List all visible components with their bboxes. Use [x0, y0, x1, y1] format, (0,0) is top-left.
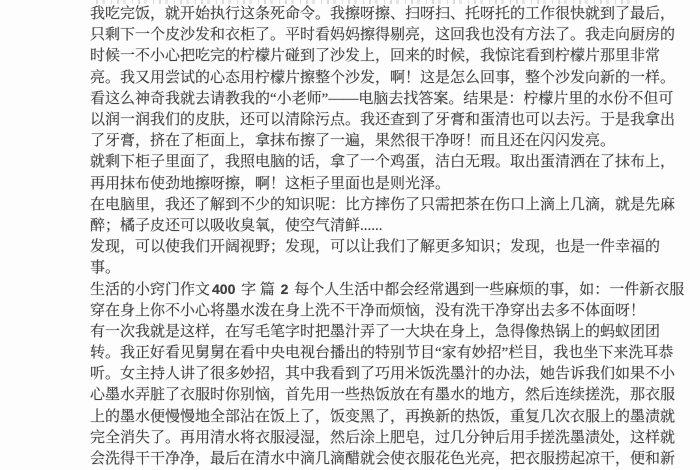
text-line: 事。: [90, 258, 655, 279]
text-line: 了牙膏，挤在了柜面上，拿抹布擦了一遍，果然很干净呀！而且还在闪闪发亮。: [90, 131, 655, 152]
text-line: 转。我正好看见舅舅在看中央电视台播出的特别节目“家有妙招”栏目，我也坐下来洗耳恭: [90, 343, 655, 364]
text-line: 心墨水弄脏了衣服时你别恼，首先用一些热饭放在有墨水的地方，然后连续搓洗，那衣服: [90, 385, 655, 406]
text-segment: 字 篇: [237, 282, 278, 298]
text-line: 发现，可以使我们开阔视野；发现，可以让我们了解更多知识；发现，也是一件幸福的: [90, 237, 655, 258]
text-line: 就剩下柜子里面了，我照电脑的话，拿了一个鸡蛋，洁白无瑕。取出蛋清洒在了抹布上，: [90, 152, 655, 173]
text-line: 上的墨水便慢慢地全部沾在饭上了，饭变黑了，再换新的热饭，重复几次衣服上的墨渍就: [90, 407, 655, 428]
text-line: 生活的小窍门作文400 字 篇 2 每个人生活中都会经常遇到一些麻烦的事，如：一…: [90, 279, 655, 300]
text-line: 听。女主持人讲了很多妙招，其中我看到了巧用米饭洗墨汁的办法，她告诉我们如果不小: [90, 364, 655, 385]
scanned-page: 我吃完饭，就开始执行这条死命令。我擦呀擦、扫呀扫、托呀托的工作很快就到了最后，只…: [0, 0, 700, 470]
text-line: 在电脑里，我还了解到不少的知识呢：比方摔伤了只需把茶在伤口上滴上几滴，就是先麻: [90, 195, 655, 216]
text-line: 完全消失了。再用清水将衣服浸湿，然后涂上肥皂，过几分钟后用手搓洗墨渍处，这样就: [90, 428, 655, 449]
text-line: 以润一润我们的皮肤，还可以清除污点。我还查到了牙膏和蛋清也可以去污。于是我拿出: [90, 110, 655, 131]
text-line: 只剩下一个皮沙发和衣柜了。平时看妈妈擦得剔亮，这回我也没有方法了。我走向厨房的: [90, 25, 655, 46]
text-line: 醉；橘子皮还可以吸收臭氧，使空气清鲜......: [90, 216, 655, 237]
text-line: 有一次我就是这样，在写毛笔字时把墨汁弄了一大块在身上，急得像热锅上的蚂蚁团团: [90, 322, 655, 343]
text-line: 时候一不小心把吃完的柠檬片碰到了沙发上，回来的时候，我惊诧看到柠檬片那里非常: [90, 46, 655, 67]
bold-number: 2: [279, 281, 291, 297]
text-segment: 生活的小窍门作文: [90, 282, 210, 298]
text-line: 亮。我又用尝试的心态用柠檬片擦整个沙发，啊！这是怎么回事，整个沙发向新的一样。: [90, 68, 655, 89]
text-line: 再用抹布使劲地擦呀擦，啊！这柜子里面也是则光泽。: [90, 174, 655, 195]
text-line: 穿在身上你不小心将墨水泼在身上洗不干净而烦恼，没有洗干净穿出去多不体面呀！: [90, 301, 655, 322]
bold-number: 400: [210, 281, 237, 297]
text-line: 我吃完饭，就开始执行这条死命令。我擦呀擦、扫呀扫、托呀托的工作很快就到了最后，: [90, 4, 655, 25]
text-segment: 每个人生活中都会经常遇到一些麻烦的事，如：一件新衣服: [290, 282, 684, 298]
text-line: 会洗得干干净净，最后在清水中滴几滴醋就会使衣服花色光亮，把衣服捞起凉干，便和新: [90, 449, 655, 470]
text-line: 看这么神奇我就去请教我的“小老师”——电脑去找答案。结果是：柠檬片里的水份不但可: [90, 89, 655, 110]
document-text: 我吃完饭，就开始执行这条死命令。我擦呀擦、扫呀扫、托呀托的工作很快就到了最后，只…: [90, 4, 655, 470]
